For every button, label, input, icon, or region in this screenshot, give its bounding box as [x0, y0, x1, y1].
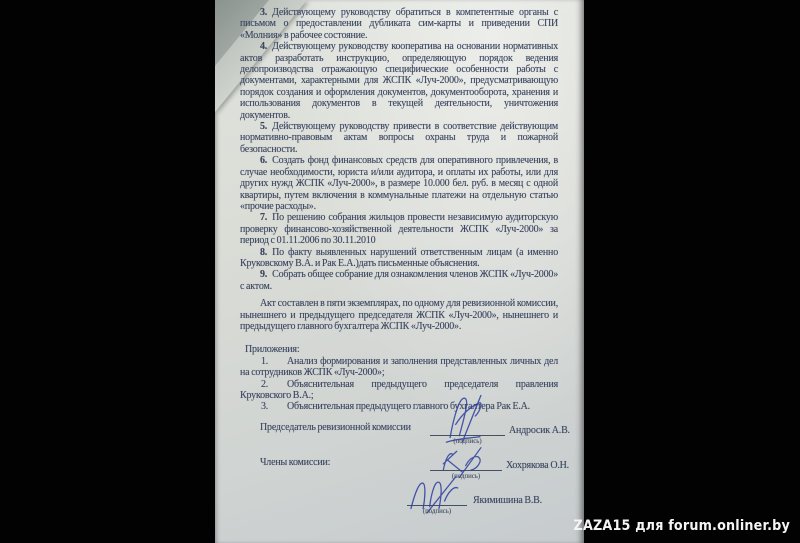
attachment-text: Анализ формирования и заполнения предста…	[240, 356, 558, 378]
signature-label: Председатель ревизионной комиссии	[260, 422, 430, 433]
attachment-number: 2.	[261, 379, 287, 390]
numbered-paragraph: 5.Действующему руководству привести в со…	[240, 121, 558, 155]
signature-row: (подпись) Якимишина В.В.	[260, 492, 558, 516]
document-page: 3.Действующему руководству обратиться в …	[215, 0, 584, 543]
numbered-paragraph: 8.По факту выявленных нарушений ответств…	[240, 247, 558, 270]
signature-line: (подпись)	[407, 492, 467, 506]
numbered-paragraph: 9.Собрать общее собрание для ознакомлени…	[240, 269, 558, 292]
paragraph-text: Собрать общее собрание для ознакомления …	[240, 269, 558, 291]
closing-paragraph: Акт составлен в пяти экземплярах, по одн…	[240, 298, 558, 332]
signature-line: (подпись)	[430, 457, 502, 471]
paragraph-text: Создать фонд финансовых средств для опер…	[240, 155, 558, 212]
numbered-paragraph: 3.Действующему руководству обратиться в …	[240, 7, 558, 41]
paragraph-number: 8.	[260, 247, 267, 258]
attachment-number: 3.	[261, 401, 287, 412]
attachment-item: 3.Объяснительная предыдущего главного бу…	[240, 401, 558, 412]
paragraph-number: 7.	[260, 212, 267, 223]
document-body: 3.Действующему руководству обратиться в …	[240, 7, 558, 527]
numbered-paragraph: 4.Действующему руководству кооператива н…	[240, 41, 558, 121]
signature-caption: (подпись)	[430, 436, 505, 447]
signature-row: Члены комиссии: (подпись) Хохрякова О.Н.	[260, 457, 558, 481]
signature-row: Председатель ревизионной комиссии (подпи…	[260, 422, 558, 446]
paragraph-text: Действующему руководству обратиться в ко…	[240, 7, 558, 41]
paragraph-number: 4.	[260, 41, 267, 52]
signature-line: (подпись)	[430, 422, 505, 436]
signature-caption: (подпись)	[430, 471, 502, 482]
signature-name: Хохрякова О.Н.	[506, 457, 569, 471]
signature-block: Председатель ревизионной комиссии (подпи…	[240, 422, 558, 516]
paragraph-number: 3.	[260, 7, 267, 18]
signature-name: Андросик А.В.	[509, 422, 570, 436]
watermark-credit: ZAZA15 для forum.onliner.by	[574, 518, 790, 534]
paragraph-text: Действующему руководству привести в соот…	[240, 121, 558, 155]
signature-caption: (подпись)	[407, 506, 467, 517]
attachment-item: 2.Объяснительная предыдущего председател…	[240, 379, 558, 402]
paragraph-number: 9.	[260, 269, 267, 280]
attachments-list: 1.Анализ формирования и заполнения предс…	[240, 356, 558, 413]
paragraph-text: По факту выявленных нарушений ответствен…	[240, 247, 558, 269]
numbered-paragraph: 7.По решению собрания жильцов провести н…	[240, 212, 558, 246]
attachments-title: Приложения:	[245, 344, 558, 355]
attachment-number: 1.	[261, 356, 287, 367]
numbered-paragraphs: 3.Действующему руководству обратиться в …	[240, 7, 558, 292]
paragraph-text: Действующему руководству кооператива на …	[240, 41, 558, 120]
paragraph-number: 5.	[260, 121, 267, 132]
numbered-paragraph: 6.Создать фонд финансовых средств для оп…	[240, 155, 558, 212]
paragraph-text: По решению собрания жильцов провести нез…	[240, 212, 558, 246]
photo-background: 3.Действующему руководству обратиться в …	[0, 0, 800, 543]
paragraph-number: 6.	[260, 155, 267, 166]
attachment-item: 1.Анализ формирования и заполнения предс…	[240, 356, 558, 379]
signature-name: Якимишина В.В.	[473, 492, 542, 506]
signature-label: Члены комиссии:	[260, 457, 430, 468]
attachment-text: Объяснительная предыдущего главного бухг…	[287, 401, 530, 412]
attachment-text: Объяснительная предыдущего председателя …	[240, 379, 558, 401]
